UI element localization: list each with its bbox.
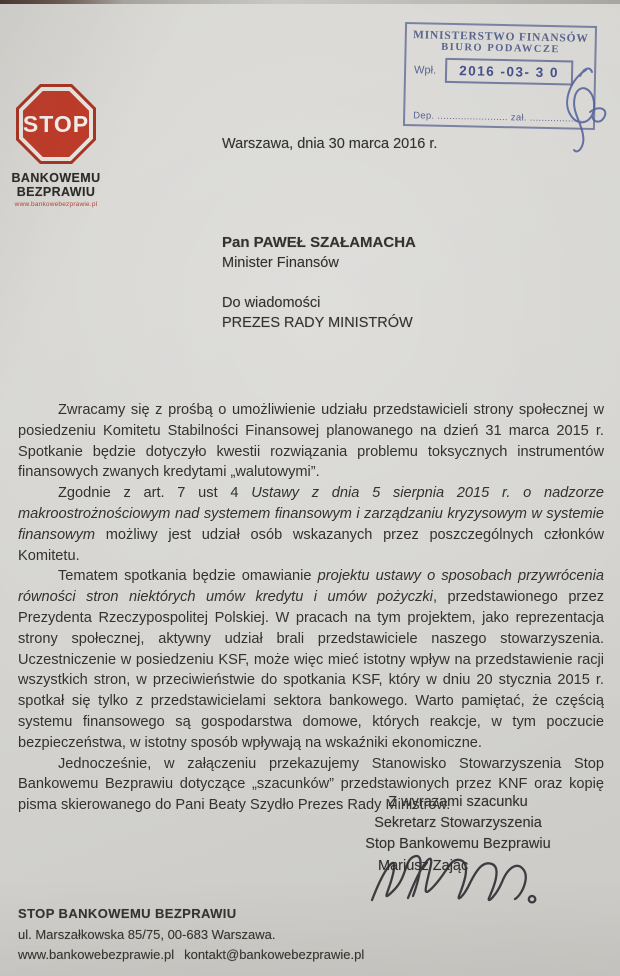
recipient-title: Minister Finansów xyxy=(222,255,416,271)
stamp-initials-signature xyxy=(550,56,618,160)
paragraph-2: Zgodnie z art. 7 ust 4 Ustawy z dnia 5 s… xyxy=(18,483,604,566)
recipient-name: Pan PAWEŁ SZAŁAMACHA xyxy=(222,234,416,251)
stamp-received-label: Wpł. xyxy=(414,64,436,76)
letter-body: Zwracamy się z prośbą o umożliwienie udz… xyxy=(18,400,604,816)
scanned-letter-page: STOP BANKOWEMU BEZPRAWIU www.bankowebezp… xyxy=(0,0,620,976)
stop-sign-text: STOP xyxy=(23,111,89,138)
logo-line-bezprawiu: BEZPRAWIU xyxy=(4,185,108,199)
paragraph-2-pre: Zgodnie z art. 7 ust 4 xyxy=(58,485,251,501)
logo-line-bankowemu: BANKOWEMU xyxy=(4,171,108,185)
closing-salutation: Z wyrazami szacunku xyxy=(330,792,586,813)
paragraph-2-post: możliwy jest udział osób wskazanych prze… xyxy=(18,527,604,564)
closing-role: Sekretarz Stowarzyszenia xyxy=(330,813,586,834)
stop-bankowemu-bezprawiu-logo: STOP BANKOWEMU BEZPRAWIU www.bankowebezp… xyxy=(4,84,108,208)
letter-footer: STOP BANKOWEMU BEZPRAWIU ul. Marszałkows… xyxy=(18,906,364,962)
footer-address: ul. Marszałkowska 85/75, 00-683 Warszawa… xyxy=(18,927,364,942)
paragraph-3: Tematem spotkania będzie omawianie proje… xyxy=(18,566,604,753)
cc-label: Do wiadomości xyxy=(222,295,416,311)
paragraph-1-text: Zwracamy się z prośbą o umożliwienie udz… xyxy=(18,402,604,480)
logo-url: www.bankowebezprawie.pl xyxy=(4,201,108,208)
stop-sign-icon: STOP xyxy=(16,84,96,164)
cc-recipient: PREZES RADY MINISTRÓW xyxy=(222,315,416,331)
handwritten-signature xyxy=(362,836,552,912)
stop-sign-ring: STOP xyxy=(19,87,93,161)
footer-contact-row: www.bankowebezprawie.pl kontakt@bankoweb… xyxy=(18,947,364,962)
footer-organization: STOP BANKOWEMU BEZPRAWIU xyxy=(18,906,364,921)
paragraph-3-post: , przedstawionego przez Prezydenta Rzecz… xyxy=(18,589,604,751)
footer-website: www.bankowebezprawie.pl xyxy=(18,947,174,962)
footer-email: kontakt@bankowebezprawie.pl xyxy=(184,947,364,962)
stop-sign-inner: STOP xyxy=(23,91,89,157)
paragraph-1: Zwracamy się z prośbą o umożliwienie udz… xyxy=(18,400,604,483)
scan-edge-artifact xyxy=(0,0,620,4)
recipient-block: Pan PAWEŁ SZAŁAMACHA Minister Finansów D… xyxy=(222,234,416,331)
dateline: Warszawa, dnia 30 marca 2016 r. xyxy=(222,136,437,152)
paragraph-3-pre: Tematem spotkania będzie omawianie xyxy=(58,568,318,584)
